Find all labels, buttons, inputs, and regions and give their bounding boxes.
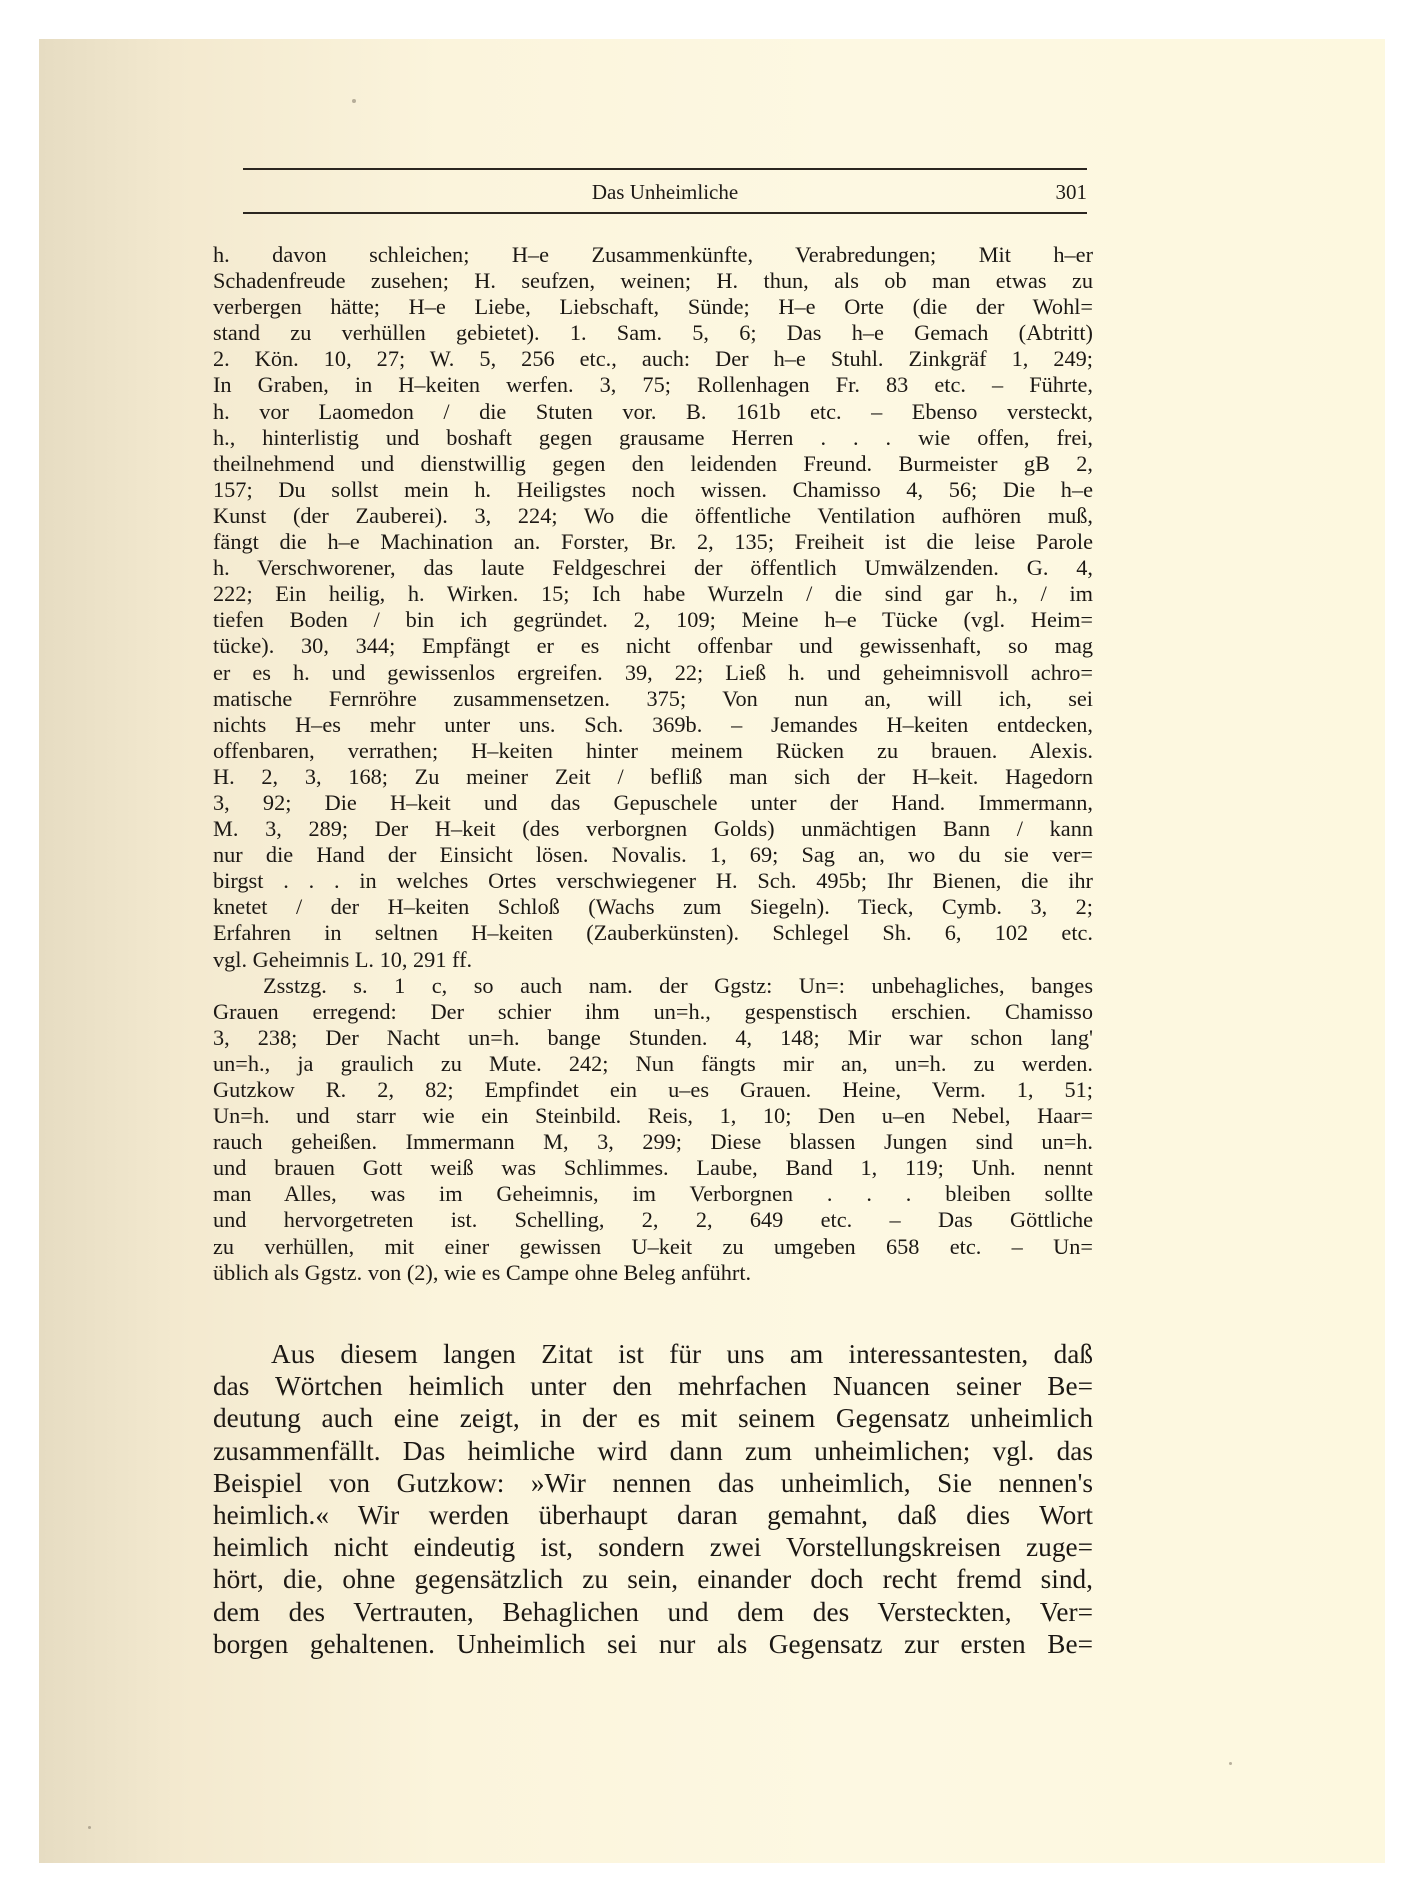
text-line: h. Verschworener, das laute Feldgeschrei… <box>213 555 1093 581</box>
text-line: Beispiel von Gutzkow: »Wir nennen das un… <box>213 1467 1093 1499</box>
text-line: knetet / der H–keiten Schloß (Wachs zum … <box>213 894 1093 920</box>
body-paragraph: Aus diesem langen Zitat ist für uns am i… <box>213 1338 1093 1660</box>
text-line: heimlich.« Wir werden überhaupt daran ge… <box>213 1499 1093 1531</box>
text-line: rauch geheißen. Immermann M, 3, 299; Die… <box>213 1129 1093 1155</box>
text-line: Schadenfreude zusehen; H. seufzen, weine… <box>213 268 1093 294</box>
text-line: birgst . . . in welches Ortes verschwieg… <box>213 868 1093 894</box>
paper-speck <box>352 99 356 103</box>
text-line: Zsstzg. s. 1 c, so auch nam. der Ggstz: … <box>213 973 1093 999</box>
page-number: 301 <box>1056 180 1088 205</box>
text-line: Kunst (der Zauberei). 3, 224; Wo die öff… <box>213 503 1093 529</box>
text-line: üblich als Ggstz. von (2), wie es Campe … <box>213 1260 1093 1286</box>
text-line: stand zu verhüllen gebietet). 1. Sam. 5,… <box>213 320 1093 346</box>
running-head: Das Unheimliche 301 <box>243 180 1087 206</box>
text-line: theilnehmend und dienstwillig gegen den … <box>213 451 1093 477</box>
text-line: hört, die, ohne gegensätzlich zu sein, e… <box>213 1563 1093 1595</box>
text-line: Un=h. und starr wie ein Steinbild. Reis,… <box>213 1103 1093 1129</box>
text-line: zusammenfällt. Das heimliche wird dann z… <box>213 1435 1093 1467</box>
text-line: das Wörtchen heimlich unter den mehrfach… <box>213 1370 1093 1402</box>
text-line: matische Fernröhre zusammensetzen. 375; … <box>213 686 1093 712</box>
text-line: Aus diesem langen Zitat ist für uns am i… <box>213 1338 1093 1370</box>
text-line: Grauen erregend: Der schier ihm un=h., g… <box>213 999 1093 1025</box>
paper-speck <box>1229 1762 1232 1765</box>
text-line: er es h. und gewissenlos ergreifen. 39, … <box>213 660 1093 686</box>
text-line: Erfahren in seltnen H–keiten (Zauberküns… <box>213 920 1093 946</box>
text-line: 222; Ein heilig, h. Wirken. 15; Ich habe… <box>213 581 1093 607</box>
text-line: M. 3, 289; Der H–keit (des verborgnen Go… <box>213 816 1093 842</box>
text-line: dem des Vertrauten, Behaglichen und dem … <box>213 1596 1093 1628</box>
text-line: un=h., ja graulich zu Mute. 242; Nun fän… <box>213 1051 1093 1077</box>
running-title: Das Unheimliche <box>243 180 1087 205</box>
text-line: h., hinterlistig und boshaft gegen graus… <box>213 425 1093 451</box>
text-line: deutung auch eine zeigt, in der es mit s… <box>213 1402 1093 1434</box>
text-line: und brauen Gott weiß was Schlimmes. Laub… <box>213 1155 1093 1181</box>
text-line: tiefen Boden / bin ich gegründet. 2, 109… <box>213 607 1093 633</box>
header-rule-bottom <box>243 212 1087 214</box>
text-line: tücke). 30, 344; Empfängt er es nicht of… <box>213 633 1093 659</box>
text-line: zu verhüllen, mit einer gewissen U–keit … <box>213 1234 1093 1260</box>
text-line: fängt die h–e Machination an. Forster, B… <box>213 529 1093 555</box>
text-line: und hervorgetreten ist. Schelling, 2, 2,… <box>213 1207 1093 1233</box>
text-line: 3, 238; Der Nacht un=h. bange Stunden. 4… <box>213 1025 1093 1051</box>
text-line: h. davon schleichen; H–e Zusammenkünfte,… <box>213 242 1093 268</box>
paper-speck <box>88 1826 91 1829</box>
text-line: vgl. Geheimnis L. 10, 291 ff. <box>213 947 1093 973</box>
text-line: H. 2, 3, 168; Zu meiner Zeit / befliß ma… <box>213 764 1093 790</box>
text-line: verbergen hätte; H–e Liebe, Liebschaft, … <box>213 294 1093 320</box>
dictionary-quotation: h. davon schleichen; H–e Zusammenkünfte,… <box>213 242 1093 1286</box>
text-line: offenbaren, verrathen; H–keiten hinter m… <box>213 738 1093 764</box>
text-line: In Graben, in H–keiten werfen. 3, 75; Ro… <box>213 372 1093 398</box>
text-line: man Alles, was im Geheimnis, im Verborgn… <box>213 1181 1093 1207</box>
text-line: Gutzkow R. 2, 82; Empfindet ein u–es Gra… <box>213 1077 1093 1103</box>
text-line: 157; Du sollst mein h. Heiligstes noch w… <box>213 477 1093 503</box>
text-line: heimlich nicht eindeutig ist, sondern zw… <box>213 1531 1093 1563</box>
text-line: h. vor Laomedon / die Stuten vor. B. 161… <box>213 399 1093 425</box>
text-line: nichts H–es mehr unter uns. Sch. 369b. –… <box>213 712 1093 738</box>
header-rule-top <box>243 168 1087 170</box>
text-line: 3, 92; Die H–keit und das Gepuschele unt… <box>213 790 1093 816</box>
text-line: 2. Kön. 10, 27; W. 5, 256 etc., auch: De… <box>213 346 1093 372</box>
text-line: borgen gehaltenen. Unheimlich sei nur al… <box>213 1628 1093 1660</box>
text-line: nur die Hand der Einsicht lösen. Novalis… <box>213 842 1093 868</box>
